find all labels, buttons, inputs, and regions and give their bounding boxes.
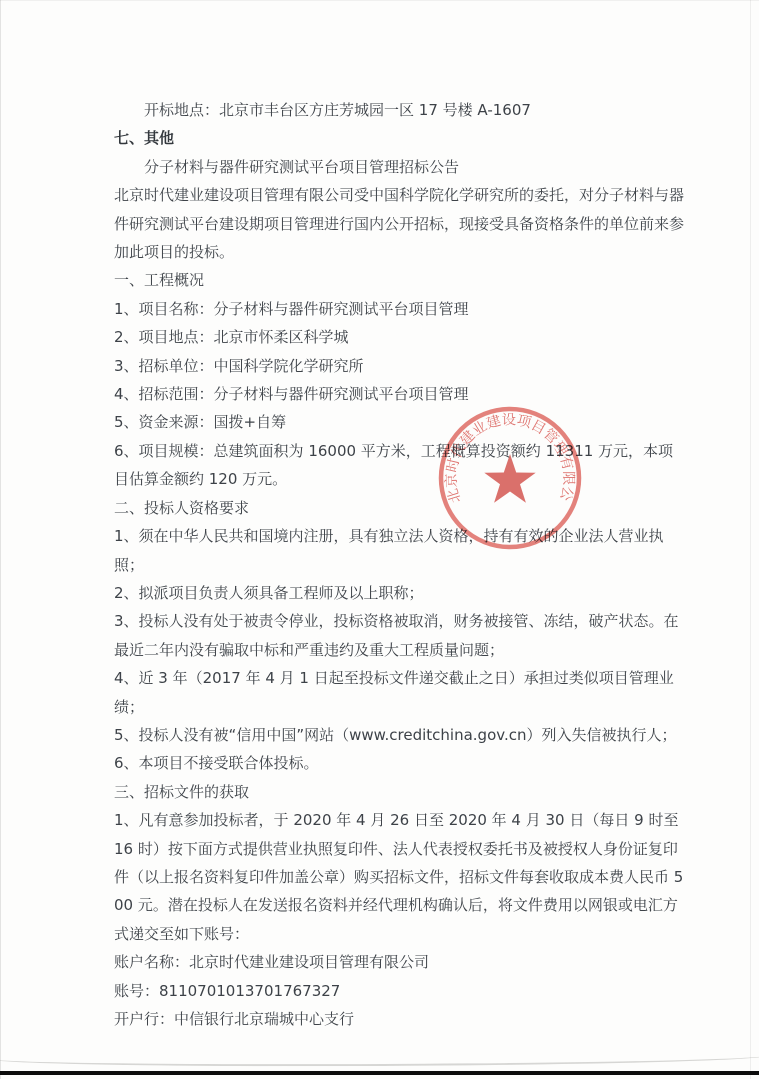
doc-paragraph: 3、投标人没有处于被责令停业，投标资格被取消，财务被接管、冻结，破产状态。在最近…: [114, 607, 684, 664]
doc-paragraph: 1、凡有意参加投标者，于 2020 年 4 月 26 日至 2020 年 4 月…: [114, 806, 684, 948]
scan-top-edge: [0, 0, 759, 1]
doc-paragraph: 账号：8110701013701767327: [114, 977, 684, 1005]
scan-right-edge: [750, 0, 751, 1079]
doc-paragraph: 账户名称：北京时代建业建设项目管理有限公司: [114, 948, 684, 976]
scan-bottom-bar: [0, 1071, 759, 1075]
section-heading: 七、其他: [114, 124, 684, 152]
doc-paragraph: 1、项目名称：分子材料与器件研究测试平台项目管理: [114, 295, 684, 323]
document-body: 开标地点：北京市丰台区方庄芳城园一区 17 号楼 A-1607七、其他分子材料与…: [114, 96, 684, 1033]
doc-paragraph: 3、招标单位：中国科学院化学研究所: [114, 352, 684, 380]
scan-left-edge: [0, 0, 1, 1079]
doc-paragraph: 三、招标文件的获取: [114, 778, 684, 806]
doc-paragraph: 2、项目地点：北京市怀柔区科学城: [114, 323, 684, 351]
doc-paragraph: 分子材料与器件研究测试平台项目管理招标公告: [114, 153, 684, 181]
doc-paragraph: 开标地点：北京市丰台区方庄芳城园一区 17 号楼 A-1607: [114, 96, 684, 124]
doc-paragraph: 6、本项目不接受联合体投标。: [114, 749, 684, 777]
doc-paragraph: 6、项目规模：总建筑面积为 16000 平方米，工程概算投资额约 11311 万…: [114, 437, 684, 494]
doc-paragraph: 二、投标人资格要求: [114, 494, 684, 522]
doc-paragraph: 2、拟派项目负责人须具备工程师及以上职称；: [114, 579, 684, 607]
doc-paragraph: 一、工程概况: [114, 266, 684, 294]
paper-edge-shadow: [0, 1047, 759, 1067]
doc-paragraph: 1、须在中华人民共和国境内注册，具有独立法人资格，持有有效的企业法人营业执照；: [114, 522, 684, 579]
doc-paragraph: 开户行：中信银行北京瑞城中心支行: [114, 1005, 684, 1033]
scanned-document-page: 开标地点：北京市丰台区方庄芳城园一区 17 号楼 A-1607七、其他分子材料与…: [0, 0, 759, 1079]
doc-paragraph: 4、近 3 年（2017 年 4 月 1 日起至投标文件递交截止之日）承担过类似…: [114, 664, 684, 721]
doc-paragraph: 5、投标人没有被“信用中国”网站（www.creditchina.gov.cn）…: [114, 721, 684, 749]
doc-paragraph: 北京时代建业建设项目管理有限公司受中国科学院化学研究所的委托，对分子材料与器件研…: [114, 181, 684, 266]
doc-paragraph: 4、招标范围：分子材料与器件研究测试平台项目管理: [114, 380, 684, 408]
doc-paragraph: 5、资金来源：国拨+自筹: [114, 408, 684, 436]
